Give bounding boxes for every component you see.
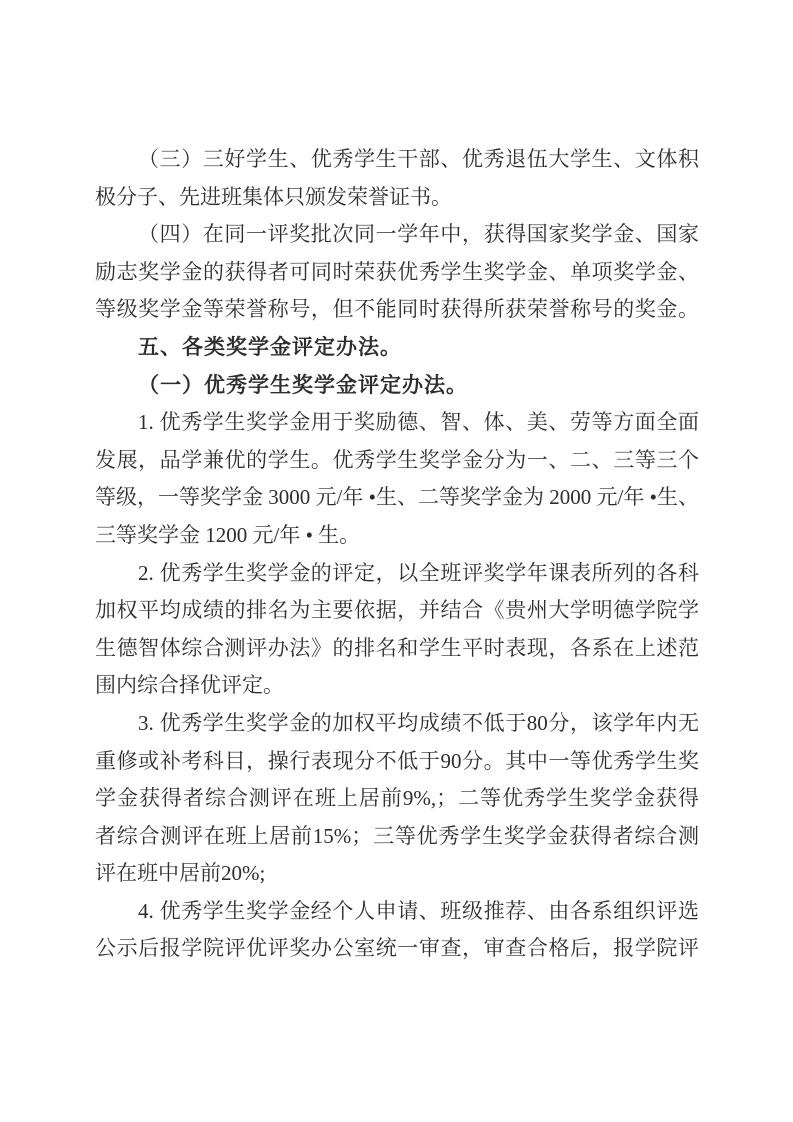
- text-line: （三）三好学生、优秀学生干部、优秀退伍大学生、文体积: [95, 141, 699, 179]
- text-line: 学金获得者综合测评在班上居前9%,；二等优秀学生奖学金获得: [95, 780, 699, 818]
- text-line: 4. 优秀学生奖学金经个人申请、班级推荐、由各系组织评选: [95, 893, 699, 931]
- text-line: 2. 优秀学生奖学金的评定，以全班评奖学年课表所列的各科: [95, 555, 699, 593]
- numbered-item-4: 4. 优秀学生奖学金经个人申请、班级推荐、由各系组织评选 公示后报学院评优评奖办…: [95, 893, 699, 968]
- numbered-item-3: 3. 优秀学生奖学金的加权平均成绩不低于80分，该学年内无 重修或补考科目，操行…: [95, 705, 699, 893]
- text-line: 1. 优秀学生奖学金用于奖励德、智、体、美、劳等方面全面: [95, 404, 699, 442]
- document-text-block: （三）三好学生、优秀学生干部、优秀退伍大学生、文体积 极分子、先进班集体只颁发荣…: [95, 141, 699, 968]
- subsection-heading-1: （一）优秀学生奖学金评定办法。: [95, 367, 699, 405]
- text-line: 等级奖学金等荣誉称号，但不能同时获得所获荣誉称号的奖金。: [95, 291, 699, 329]
- text-line: 重修或补考科目，操行表现分不低于90分。其中一等优秀学生奖: [95, 743, 699, 781]
- text-line: 发展，品学兼优的学生。优秀学生奖学金分为一、二、三等三个: [95, 442, 699, 480]
- paragraph-item-3: （三）三好学生、优秀学生干部、优秀退伍大学生、文体积 极分子、先进班集体只颁发荣…: [95, 141, 699, 216]
- text-line: 极分子、先进班集体只颁发荣誉证书。: [95, 179, 699, 217]
- text-line: 者综合测评在班上居前15%；三等优秀学生奖学金获得者综合测: [95, 818, 699, 856]
- numbered-item-1: 1. 优秀学生奖学金用于奖励德、智、体、美、劳等方面全面 发展，品学兼优的学生。…: [95, 404, 699, 554]
- numbered-item-2: 2. 优秀学生奖学金的评定，以全班评奖学年课表所列的各科 加权平均成绩的排名为主…: [95, 555, 699, 705]
- text-line: 加权平均成绩的排名为主要依据，并结合《贵州大学明德学院学: [95, 592, 699, 630]
- text-line: 评在班中居前20%;: [95, 855, 699, 893]
- text-line: 励志奖学金的获得者可同时荣获优秀学生奖学金、单项奖学金、: [95, 254, 699, 292]
- text-line: （一）优秀学生奖学金评定办法。: [95, 367, 699, 405]
- paragraph-item-4: （四）在同一评奖批次同一学年中，获得国家奖学金、国家 励志奖学金的获得者可同时荣…: [95, 216, 699, 329]
- text-line: 3. 优秀学生奖学金的加权平均成绩不低于80分，该学年内无: [95, 705, 699, 743]
- text-line: 三等奖学金 1200 元/年 • 生。: [95, 517, 699, 555]
- text-line: 公示后报学院评优评奖办公室统一审查，审查合格后，报学院评: [95, 930, 699, 968]
- text-line: 生德智体综合测评办法》的排名和学生平时表现，各系在上述范: [95, 630, 699, 668]
- section-heading-5: 五、各类奖学金评定办法。: [95, 329, 699, 367]
- text-line: 围内综合择优评定。: [95, 667, 699, 705]
- text-line: 等级，一等奖学金 3000 元/年 •生、二等奖学金为 2000 元/年 •生、: [95, 479, 699, 517]
- text-line: （四）在同一评奖批次同一学年中，获得国家奖学金、国家: [95, 216, 699, 254]
- document-page: （三）三好学生、优秀学生干部、优秀退伍大学生、文体积 极分子、先进班集体只颁发荣…: [0, 0, 793, 1122]
- text-line: 五、各类奖学金评定办法。: [95, 329, 699, 367]
